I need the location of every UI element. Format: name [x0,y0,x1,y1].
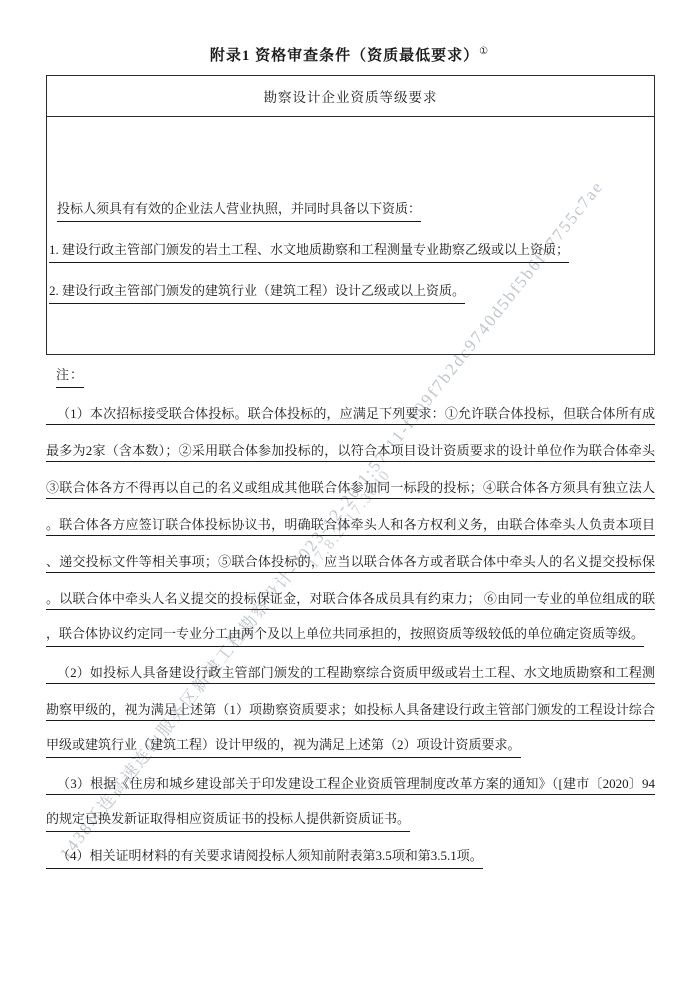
note-line: （3）根据《住房和城乡建设部关于印发建设工程企业资质管理制度改革方案的通知》（[… [46,758,655,795]
note-line: 最多为2家（含本数）；②采用联合体参加投标的，以符合本项目设计资质要求的设计单位… [46,425,655,462]
table-row: 2. 建设行政主管部门颁发的建筑行业（建筑工程）设计乙级或以上资质。 [49,263,652,304]
note-line: 。以联合体中牵头人名义提交的投标保证金，对联合体各成员具有约束力； ⑥由同一专业… [46,573,655,610]
page-title-text: 附录1 资格审查条件（资质最低要求） [210,48,479,64]
note-line: 甲级或建筑行业（建筑工程）设计甲级的，视为满足上述第（2）项设计资质要求。 [46,721,655,758]
footnote-reference-mark: ① [479,46,488,57]
table-row: 1. 建设行政主管部门颁发的岩土工程、水文地质勘察和工程测量专业勘察乙级或以上资… [49,222,652,263]
table-cell-text: 2. 建设行政主管部门颁发的建筑行业（建筑工程）设计乙级或以上资质。 [49,280,465,304]
note-line: （2）如投标人具备建设行政主管部门颁发的工程勘察综合资质甲级或岩土工程、水文地质… [46,647,655,684]
table-body-cell: 投标人须具有有效的企业法人营业执照，并同时具备以下资质： 1. 建设行政主管部门… [47,117,654,304]
table-cell-text: 投标人须具有有效的企业法人营业执照，并同时具备以下资质： [57,198,421,222]
page-title: 附录1 资格审查条件（资质最低要求）① [0,44,698,65]
note-line: （4）相关证明材料的有关要求请阅投标人须知前附表第3.5项和第3.5.1项。 [46,832,655,869]
note-line: ③联合体各方不得再以自己的名义或组成其他联合体参加同一标段的投标；④联合体各方须… [46,462,655,499]
note-line: 的规定已换发新证取得相应资质证书的投标人提供新资质证书。 [46,795,655,832]
note-line: 。联合体各方应签订联合体投标协议书，明确联合体牵头人和各方权利义务，由联合体牵头… [46,499,655,536]
table-header-text: 勘察设计企业资质等级要求 [264,86,438,106]
note-line: 、递交投标文件等相关事项；⑤联合体投标的，应当以联合体各方或者联合体中牵头人的名… [46,536,655,573]
qualification-table: 勘察设计企业资质等级要求 投标人须具有有效的企业法人营业执照，并同时具备以下资质… [46,75,655,355]
notes-label: 注： [46,358,655,388]
note-line: ，联合体协议约定同一专业分工由两个及以上单位共同承担的，按照资质等级较低的单位确… [46,610,655,647]
notes-section: 注： （1）本次招标接受联合体投标。联合体投标的，应满足下列要求：①允许联合体投… [46,358,655,869]
table-cell-text: 1. 建设行政主管部门颁发的岩土工程、水文地质勘察和工程测量专业勘察乙级或以上资… [49,239,569,263]
table-row: 投标人须具有有效的企业法人营业执照，并同时具备以下资质： [49,181,652,222]
table-header-cell: 勘察设计企业资质等级要求 [47,76,654,117]
note-line: 勘察甲级的，视为满足上述第（1）项勘察资质要求；如投标人具备建设行政主管部门颁发… [46,684,655,721]
note-line: （1）本次招标接受联合体投标。联合体投标的，应满足下列要求：①允许联合体投标，但… [46,388,655,425]
